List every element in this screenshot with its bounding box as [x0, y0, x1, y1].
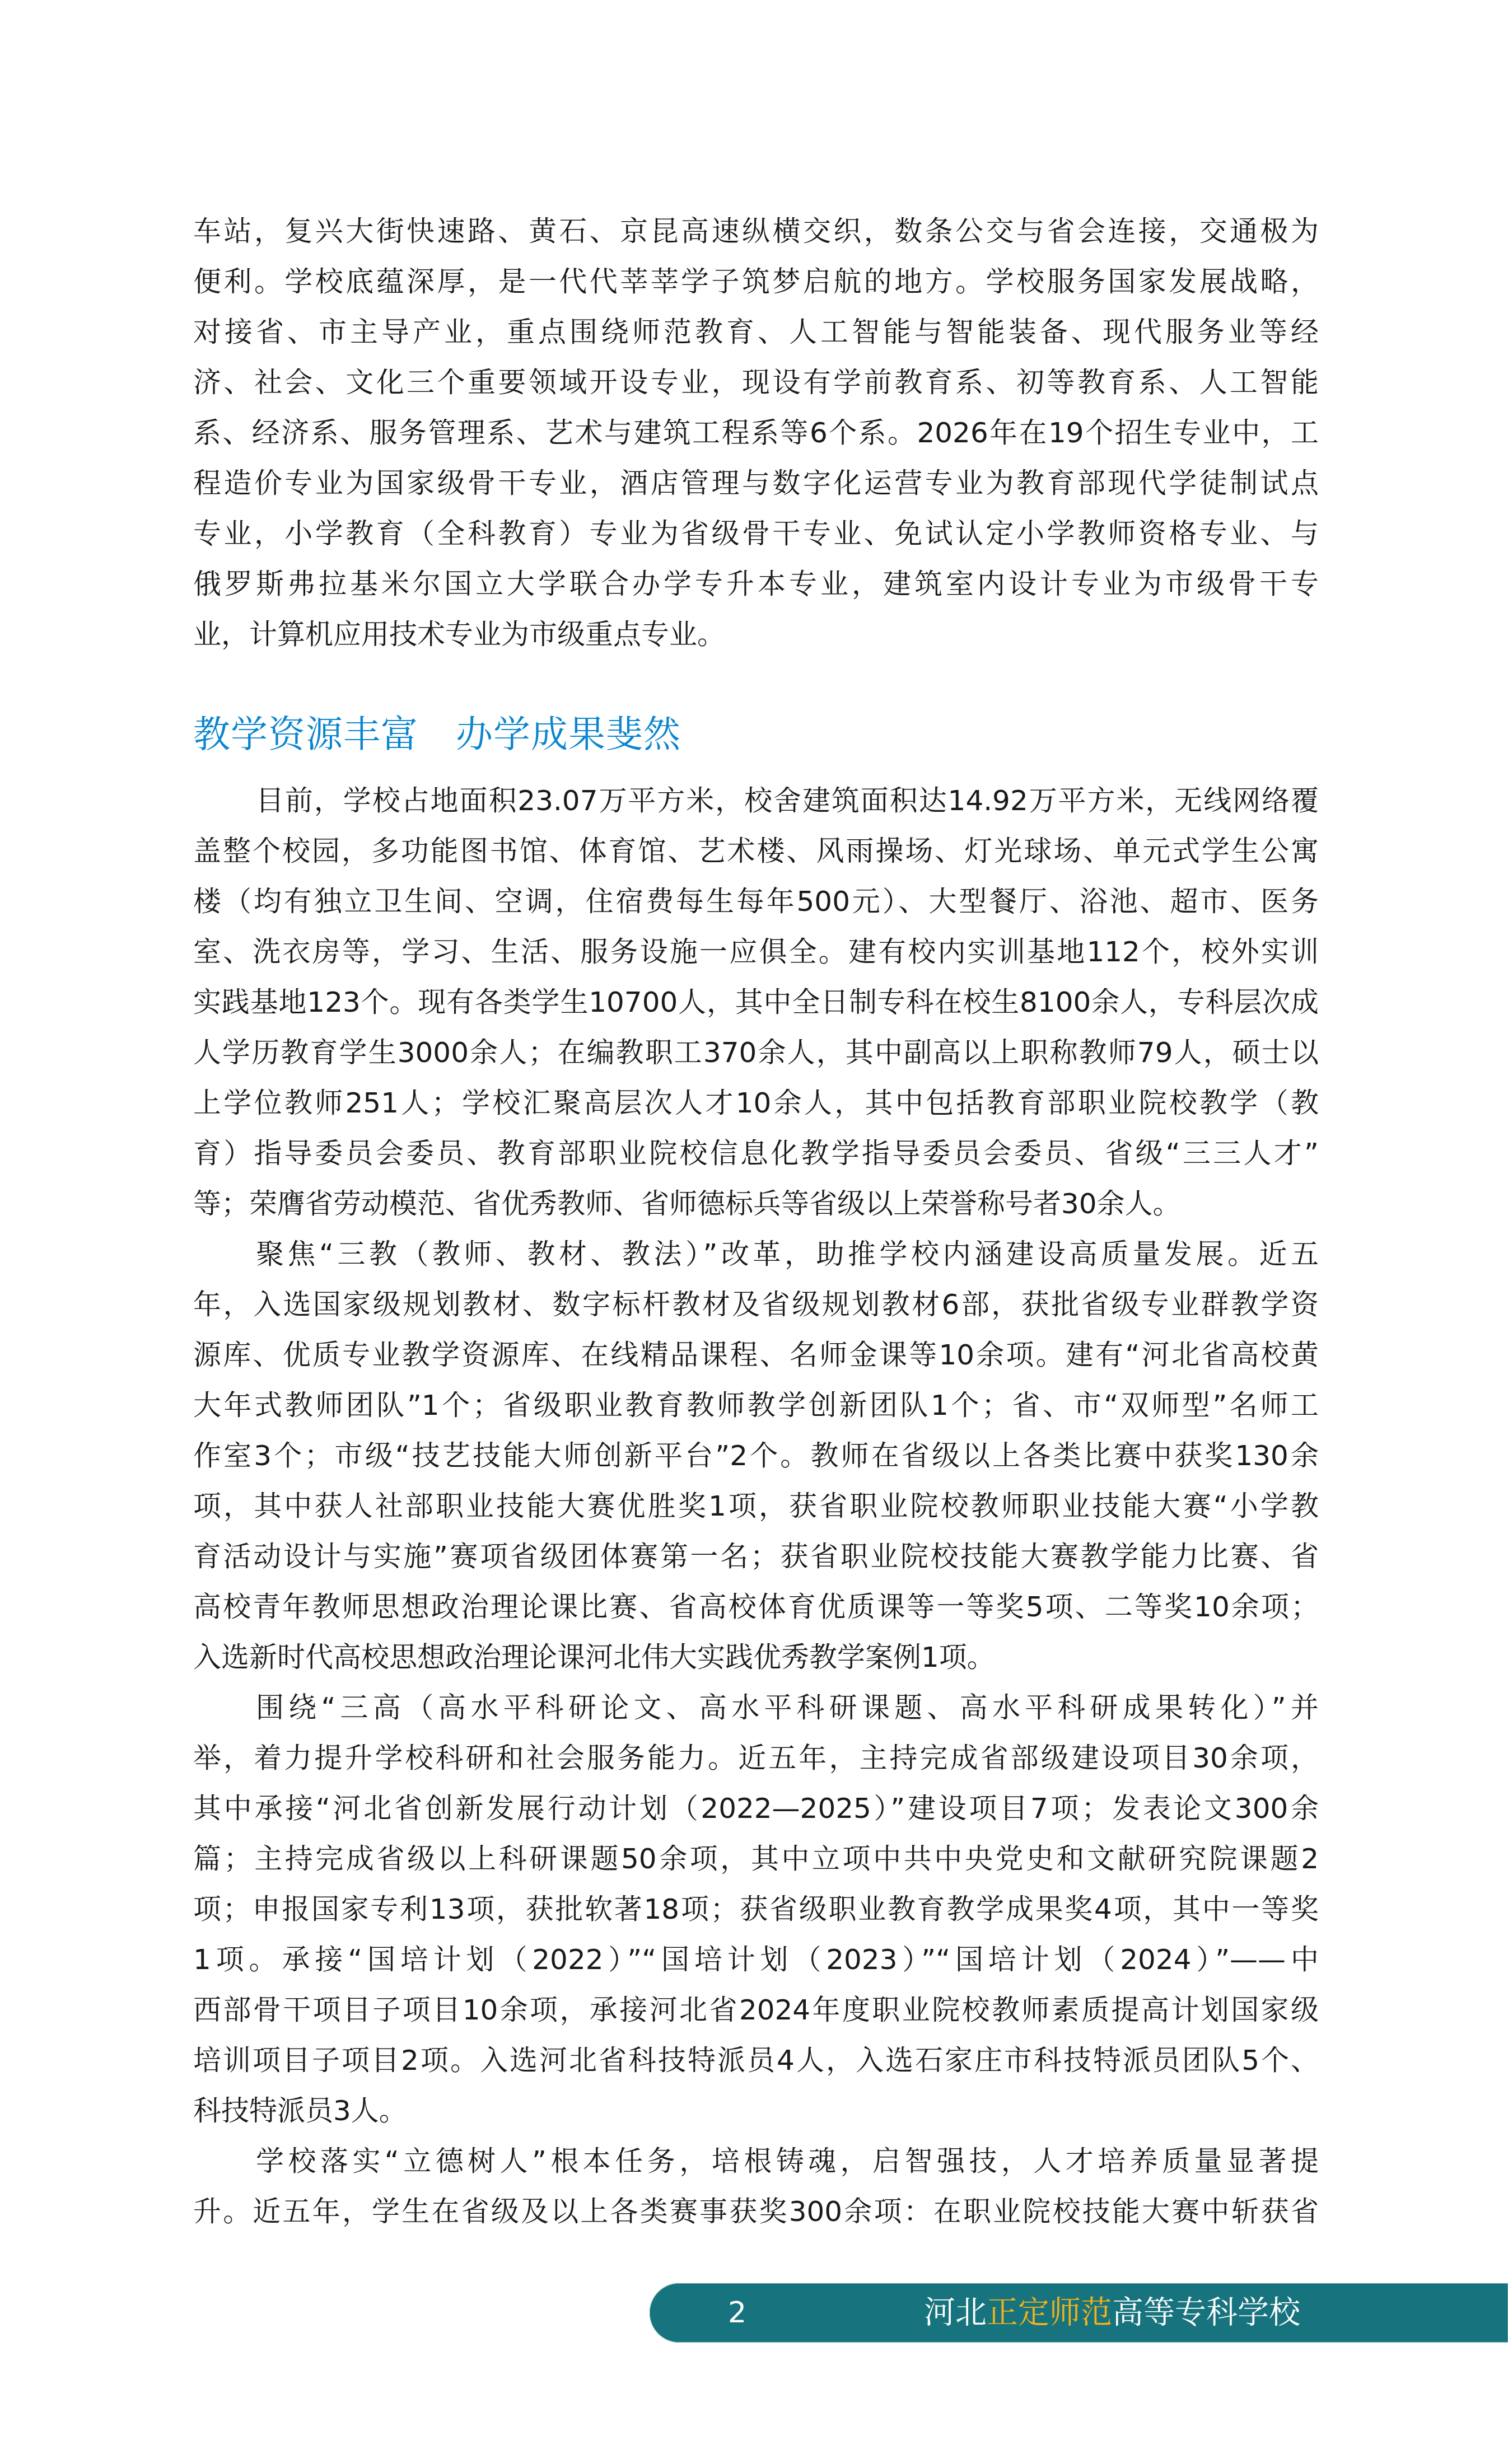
- text-line: 等；荣膺省劳动模范、省优秀教师、省师德标兵等省级以上荣誉称号者30余人。: [193, 1179, 1319, 1229]
- section-heading: 教学资源丰富 办学成果斐然: [193, 707, 681, 763]
- text-line: 系、经济系、服务管理系、艺术与建筑工程系等6个系。2026年在19个招生专业中，…: [193, 408, 1319, 458]
- text-line: 西部骨干项目子项目10余项，承接河北省2024年度职业院校教师素质提高计划国家级: [193, 1985, 1319, 2035]
- text-line: 升。近五年，学生在省级及以上各类赛事获奖300余项：在职业院校技能大赛中斩获省: [193, 2186, 1319, 2237]
- intro-paragraph: 车站，复兴大街快速路、黄石、京昆高速纵横交织，数条公交与省会连接，交通极为 便利…: [193, 206, 1319, 660]
- text-line: 项；申报国家专利13项，获批软著18项；获省级职业教育教学成果奖4项，其中一等奖: [193, 1884, 1319, 1934]
- paragraph-facilities: 目前，学校占地面积23.07万平方米，校舍建筑面积达14.92万平方米，无线网络…: [193, 775, 1319, 1229]
- text-line: 实践基地123个。现有各类学生10700人，其中全日制专科在校生8100余人，专…: [193, 977, 1319, 1027]
- text-line: 目前，学校占地面积23.07万平方米，校舍建筑面积达14.92万平方米，无线网络…: [193, 775, 1319, 826]
- text-line: 室、洗衣房等，学习、生活、服务设施一应俱全。建有校内实训基地112个，校外实训: [193, 927, 1319, 977]
- text-line: 业，计算机应用技术专业为市级重点专业。: [193, 609, 1319, 660]
- text-line: 高校青年教师思想政治理论课比赛、省高校体育优质课等一等奖5项、二等奖10余项；: [193, 1582, 1319, 1632]
- paragraph-student-achievements: 学校落实“立德树人”根本任务，培根铸魂，启智强技，人才培养质量显著提 升。近五年…: [193, 2136, 1319, 2237]
- text-line: 聚焦“三教（教师、教材、教法）”改革，助推学校内涵建设高质量发展。近五: [193, 1229, 1319, 1279]
- text-line: 育活动设计与实施”赛项省级团体赛第一名；获省职业院校技能大赛教学能力比赛、省: [193, 1531, 1319, 1582]
- text-line: 程造价专业为国家级骨干专业，酒店管理与数字化运营专业为教育部现代学徒制试点: [193, 458, 1319, 508]
- text-line: 便利。学校底蕴深厚，是一代代莘莘学子筑梦启航的地方。学校服务国家发展战略，: [193, 256, 1319, 307]
- paragraph-research: 围绕“三高（高水平科研论文、高水平科研课题、高水平科研成果转化）”并 举，着力提…: [193, 1682, 1319, 2136]
- text-line: 楼（均有独立卫生间、空调，住宿费每生每年500元）、大型餐厅、浴池、超市、医务: [193, 876, 1319, 927]
- text-line: 盖整个校园，多功能图书馆、体育馆、艺术楼、风雨操场、灯光球场、单元式学生公寓: [193, 826, 1319, 876]
- text-line: 车站，复兴大街快速路、黄石、京昆高速纵横交织，数条公交与省会连接，交通极为: [193, 206, 1319, 256]
- text-line: 篇；主持完成省级以上科研课题50余项，其中立项中共中央党史和文献研究院课题2: [193, 1834, 1319, 1884]
- text-line: 专业，小学教育（全科教育）专业为省级骨干专业、免试认定小学教师资格专业、与: [193, 508, 1319, 559]
- text-line: 俄罗斯弗拉基米尔国立大学联合办学专升本专业，建筑室内设计专业为市级骨干专: [193, 559, 1319, 609]
- paragraph-teaching-reform: 聚焦“三教（教师、教材、教法）”改革，助推学校内涵建设高质量发展。近五 年，入选…: [193, 1229, 1319, 1682]
- text-line: 源库、优质专业教学资源库、在线精品课程、名师金课等10余项。建有“河北省高校黄: [193, 1330, 1319, 1380]
- text-line: 人学历教育学生3000余人；在编教职工370余人，其中副高以上职称教师79人，硕…: [193, 1027, 1319, 1078]
- school-name-prefix: 河北: [924, 2294, 987, 2331]
- text-line: 济、社会、文化三个重要领域开设专业，现设有学前教育系、初等教育系、人工智能: [193, 357, 1319, 408]
- text-line: 其中承接“河北省创新发展行动计划（2022—2025）”建设项目7项；发表论文3…: [193, 1783, 1319, 1834]
- text-line: 入选新时代高校思想政治理论课河北伟大实践优秀教学案例1项。: [193, 1632, 1319, 1682]
- text-line: 对接省、市主导产业，重点围绕师范教育、人工智能与智能装备、现代服务业等经: [193, 307, 1319, 357]
- document-page: 车站，复兴大街快速路、黄石、京昆高速纵横交织，数条公交与省会连接，交通极为 便利…: [0, 0, 1508, 2464]
- text-line: 科技特派员3人。: [193, 2086, 1319, 2136]
- text-line: 围绕“三高（高水平科研论文、高水平科研课题、高水平科研成果转化）”并: [193, 1682, 1319, 1733]
- text-line: 上学位教师251人；学校汇聚高层次人才10余人，其中包括教育部职业院校教学（教: [193, 1078, 1319, 1128]
- text-line: 项，其中获人社部职业技能大赛优胜奖1项，获省职业院校教师职业技能大赛“小学教: [193, 1481, 1319, 1531]
- text-line: 育）指导委员会委员、教育部职业院校信息化教学指导委员会委员、省级“三三人才”: [193, 1128, 1319, 1179]
- school-name-suffix: 高等专科学校: [1112, 2294, 1300, 2331]
- section-body: 目前，学校占地面积23.07万平方米，校舍建筑面积达14.92万平方米，无线网络…: [193, 775, 1319, 2237]
- school-name: 河北正定师范高等专科学校: [924, 2283, 1300, 2343]
- text-line: 年，入选国家级规划教材、数字标杆教材及省级规划教材6部，获批省级专业群教学资: [193, 1279, 1319, 1330]
- text-line: 举，着力提升学校科研和社会服务能力。近五年，主持完成省部级建设项目30余项，: [193, 1733, 1319, 1783]
- text-line: 作室3个；市级“技艺技能大师创新平台”2个。教师在省级以上各类比赛中获奖130余: [193, 1430, 1319, 1481]
- page-number: 2: [728, 2283, 746, 2343]
- text-line: 大年式教师团队”1个；省级职业教育教师教学创新团队1个；省、市“双师型”名师工: [193, 1380, 1319, 1430]
- text-line: 学校落实“立德树人”根本任务，培根铸魂，启智强技，人才培养质量显著提: [193, 2136, 1319, 2186]
- school-name-highlight: 正定师范: [987, 2294, 1112, 2331]
- text-line: 培训项目子项目2项。入选河北省科技特派员4人，入选石家庄市科技特派员团队5个、: [193, 2035, 1319, 2086]
- text-line: 1项。承接“国培计划（2022）”“国培计划（2023）”“国培计划（2024）…: [193, 1934, 1319, 1985]
